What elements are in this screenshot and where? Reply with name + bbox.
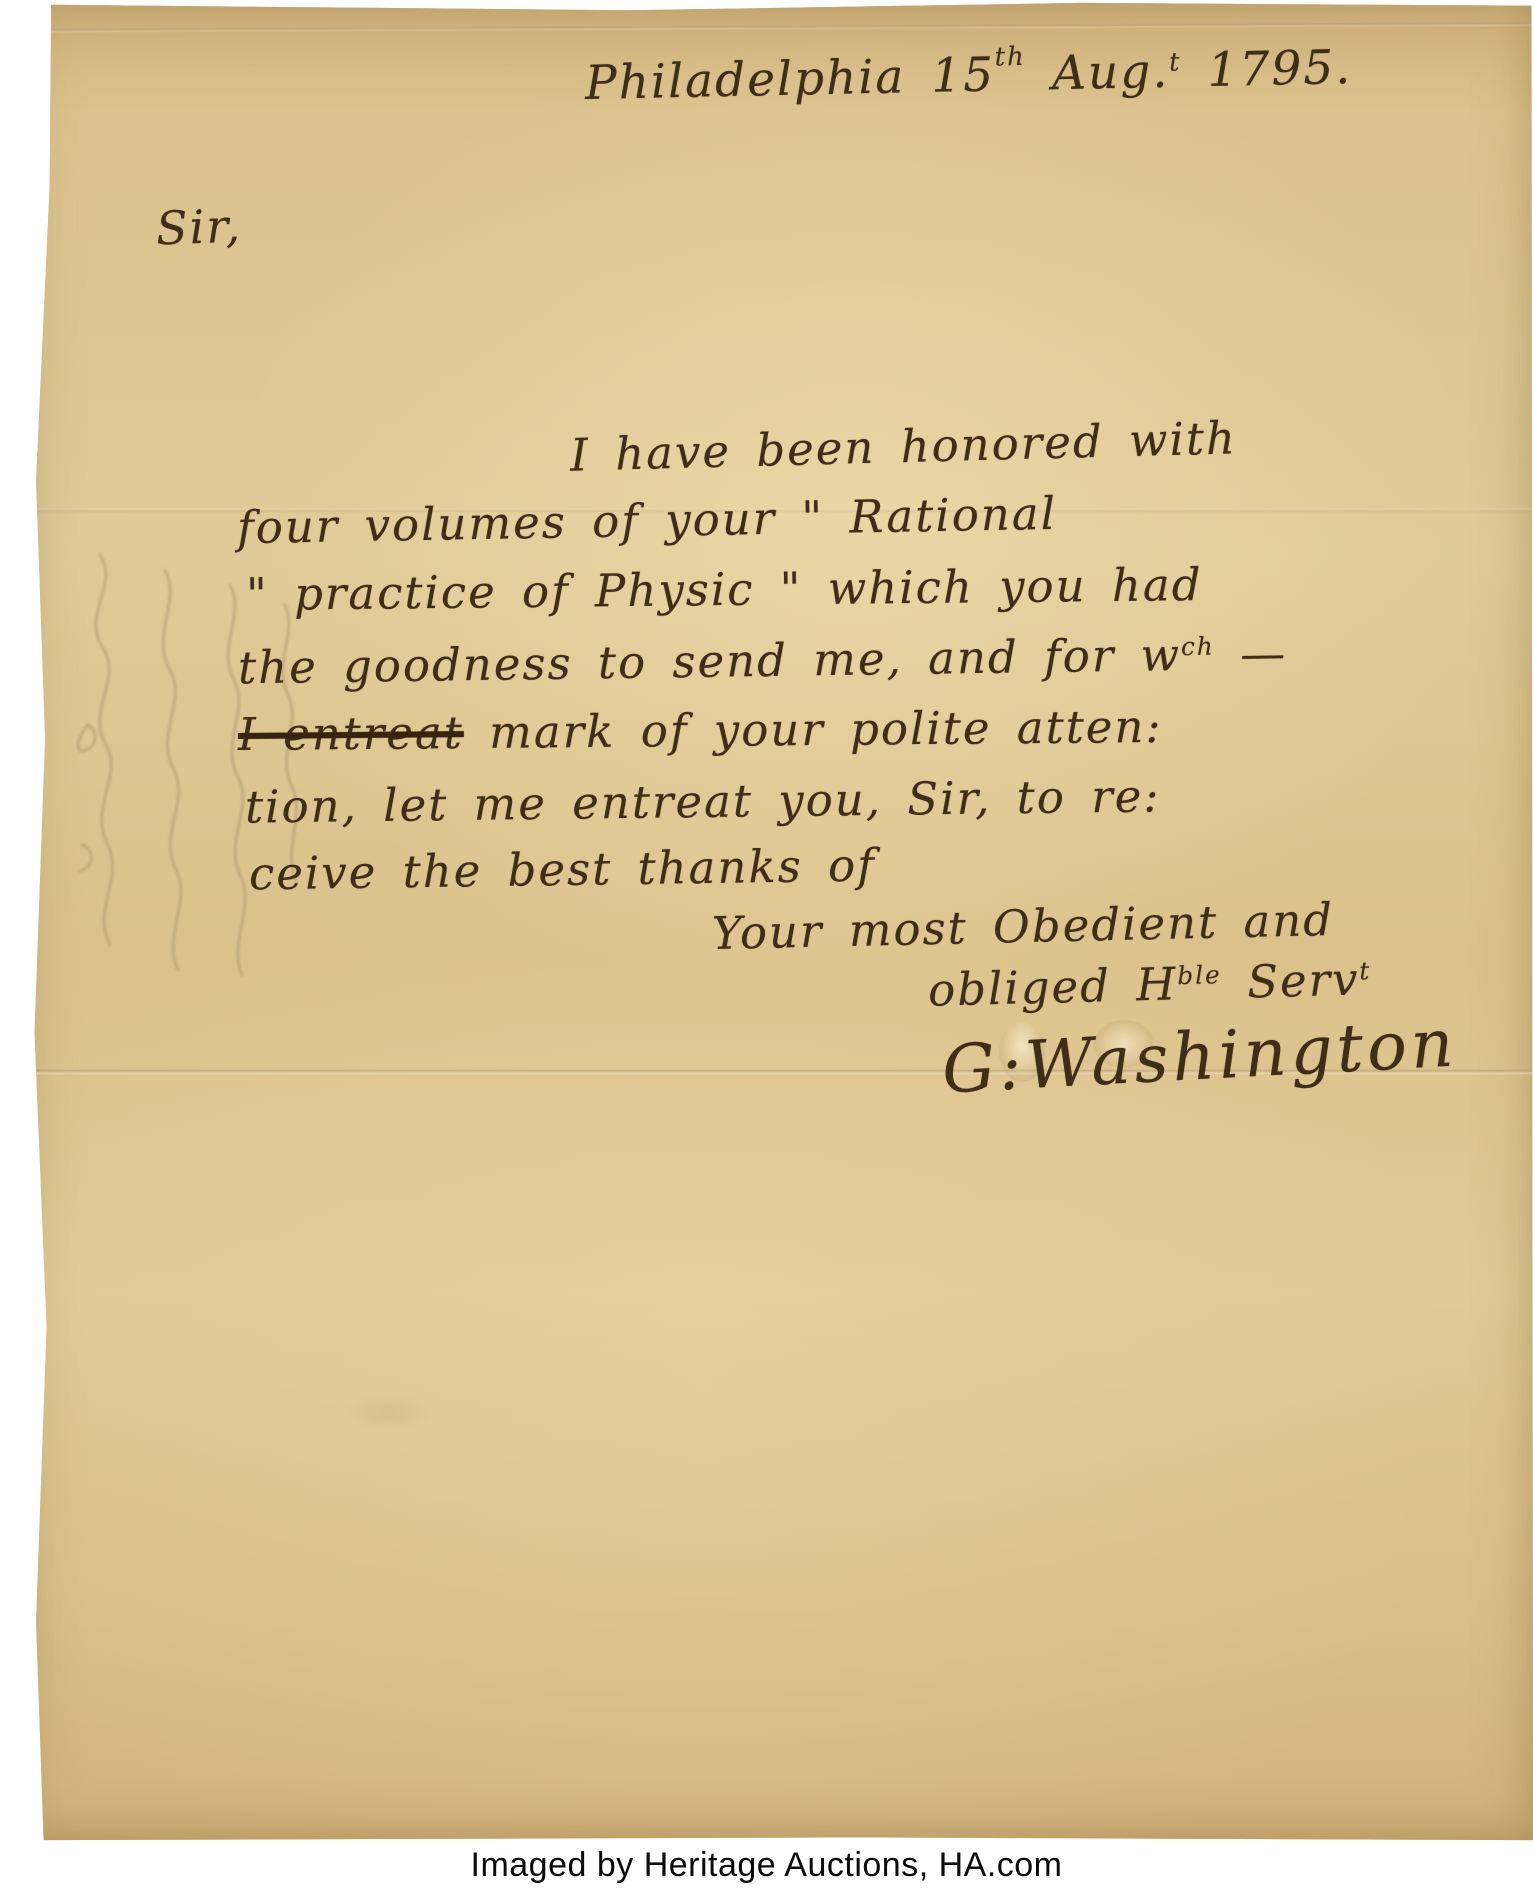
- fold-crease-top: [24, 23, 1533, 33]
- body-line-4-superscript: ch: [1181, 631, 1215, 660]
- body-line-4-dash: —: [1215, 627, 1288, 681]
- body-line-6: tion, let me entreat you, Sir, to re:: [245, 769, 1161, 833]
- body-line-5: I entreat mark of your polite atten:: [238, 700, 1163, 761]
- body-line-7: ceive the best thanks of: [249, 839, 876, 901]
- closing-line-2-superscript-ble: ble: [1177, 960, 1222, 990]
- dateline-place-day: Philadelphia 15: [585, 47, 996, 111]
- salutation: Sir,: [155, 199, 243, 256]
- body-line-6-text: tion, let me entreat you, Sir, to re:: [245, 769, 1161, 833]
- body-line-3-text: " practice of Physic " which you had: [246, 558, 1203, 621]
- footer-credit-bar: Imaged by Heritage Auctions, HA.com: [0, 1842, 1533, 1889]
- struck-out-words: I entreat: [238, 706, 464, 761]
- closing-line-2-serv: Serv: [1221, 953, 1360, 1010]
- scanned-letter-image: Philadelphia 15th Aug.t 1795. Sir, I hav…: [0, 0, 1533, 1889]
- body-line-5-text: mark of your polite atten:: [464, 700, 1163, 759]
- dateline-year: 1795.: [1181, 40, 1353, 99]
- dateline-month-suffix: t: [1169, 48, 1182, 78]
- footer-credit-text: Imaged by Heritage Auctions, HA.com: [471, 1846, 1063, 1885]
- paper-stain: [344, 1392, 434, 1432]
- body-line-7-text: ceive the best thanks of: [249, 839, 876, 901]
- dateline-day-suffix: th: [994, 42, 1026, 73]
- body-line-3: " practice of Physic " which you had: [246, 558, 1203, 621]
- closing-line-2-superscript-t: t: [1359, 956, 1372, 985]
- dateline-month: Aug.: [1026, 44, 1170, 102]
- closing-line-2-text: obliged H: [927, 957, 1178, 1017]
